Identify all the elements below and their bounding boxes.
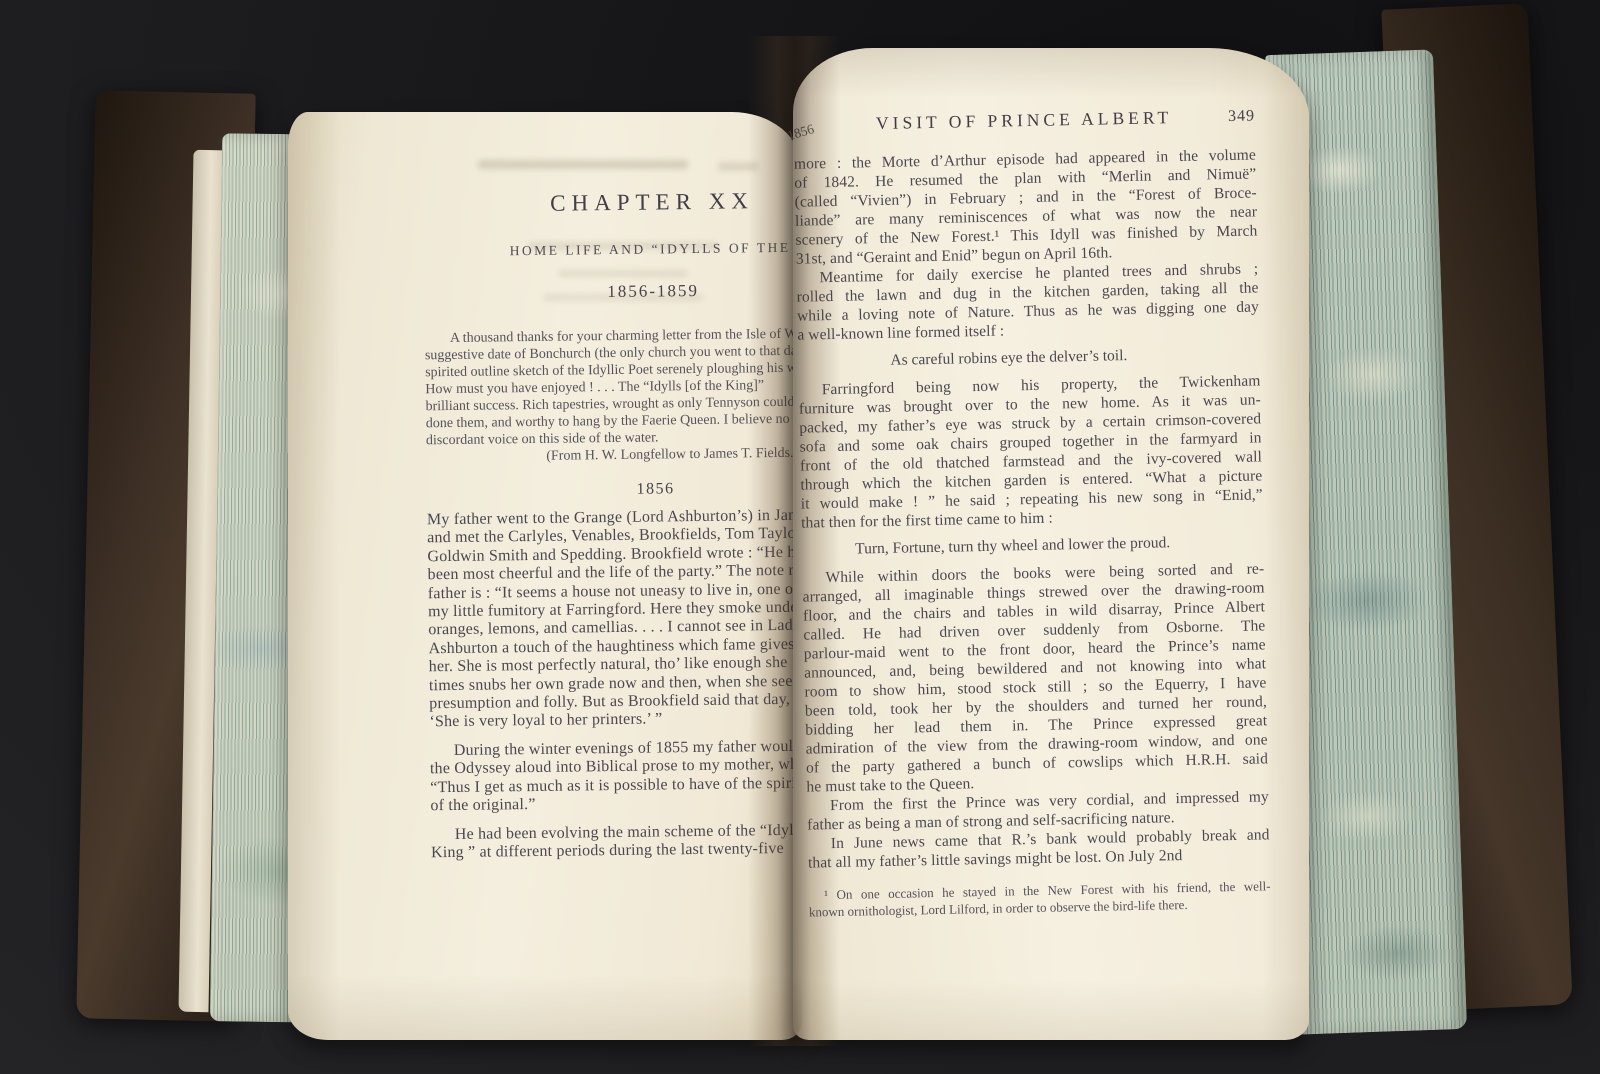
- paragraph: While within doors the books were being …: [802, 559, 1268, 796]
- photo-of-open-book: CHAPTER XX HOME LIFE AND “IDYLLS OF THE …: [0, 0, 1600, 1074]
- verse-quote: As careful robins eye the delver’s toil.: [798, 344, 1260, 371]
- letter-quote: A thousand thanks for your charming lett…: [425, 326, 798, 450]
- paragraph: Farringford being now his property, the …: [798, 371, 1263, 532]
- left-page: CHAPTER XX HOME LIFE AND “IDYLLS OF THE …: [288, 112, 802, 1040]
- letter-attribution: (From H. W. Longfellow to James T. Field…: [426, 445, 798, 468]
- running-head: VISIT OF PRINCE ALBERT: [793, 105, 1255, 135]
- right-page-text-block: 1856 VISIT OF PRINCE ALBERT 349 more : t…: [793, 105, 1271, 920]
- left-page-text-block: CHAPTER XX HOME LIFE AND “IDYLLS OF THE …: [423, 188, 805, 1022]
- right-page: 1856 VISIT OF PRINCE ALBERT 349 more : t…: [793, 48, 1309, 1040]
- chapter-date-range: 1856-1859: [424, 280, 796, 305]
- paragraph: He had been evolving the main scheme of …: [431, 821, 803, 862]
- paragraph: In June news came that R.’s bank would p…: [807, 825, 1270, 872]
- verse-quote: Turn, Fortune, turn thy wheel and lower …: [802, 532, 1264, 559]
- paragraph: During the winter evenings of 1855 my fa…: [430, 738, 803, 816]
- text-line: ‘She is very loyal to her printers.’ ”: [429, 709, 801, 732]
- paragraph: Meantime for daily exercise he planted t…: [796, 259, 1259, 344]
- text-line: of the original.”: [430, 793, 802, 816]
- footnote: ¹ On one occasion he stayed in the New F…: [808, 878, 1271, 920]
- running-header-row: 1856 VISIT OF PRINCE ALBERT 349: [793, 105, 1255, 138]
- paragraph: more : the Morte d’Arthur episode had ap…: [794, 145, 1258, 268]
- text-line: King ” at different periods during the l…: [431, 840, 803, 863]
- page-number: 349: [1228, 107, 1255, 126]
- show-through: [478, 160, 688, 169]
- paragraph: My father went to the Grange (Lord Ashbu…: [427, 507, 802, 732]
- show-through: [718, 162, 758, 171]
- chapter-subtitle: HOME LIFE AND “IDYLLS OF THE KING”¹: [424, 240, 796, 261]
- section-year-heading: 1856: [426, 479, 798, 502]
- chapter-heading: CHAPTER XX: [423, 188, 795, 219]
